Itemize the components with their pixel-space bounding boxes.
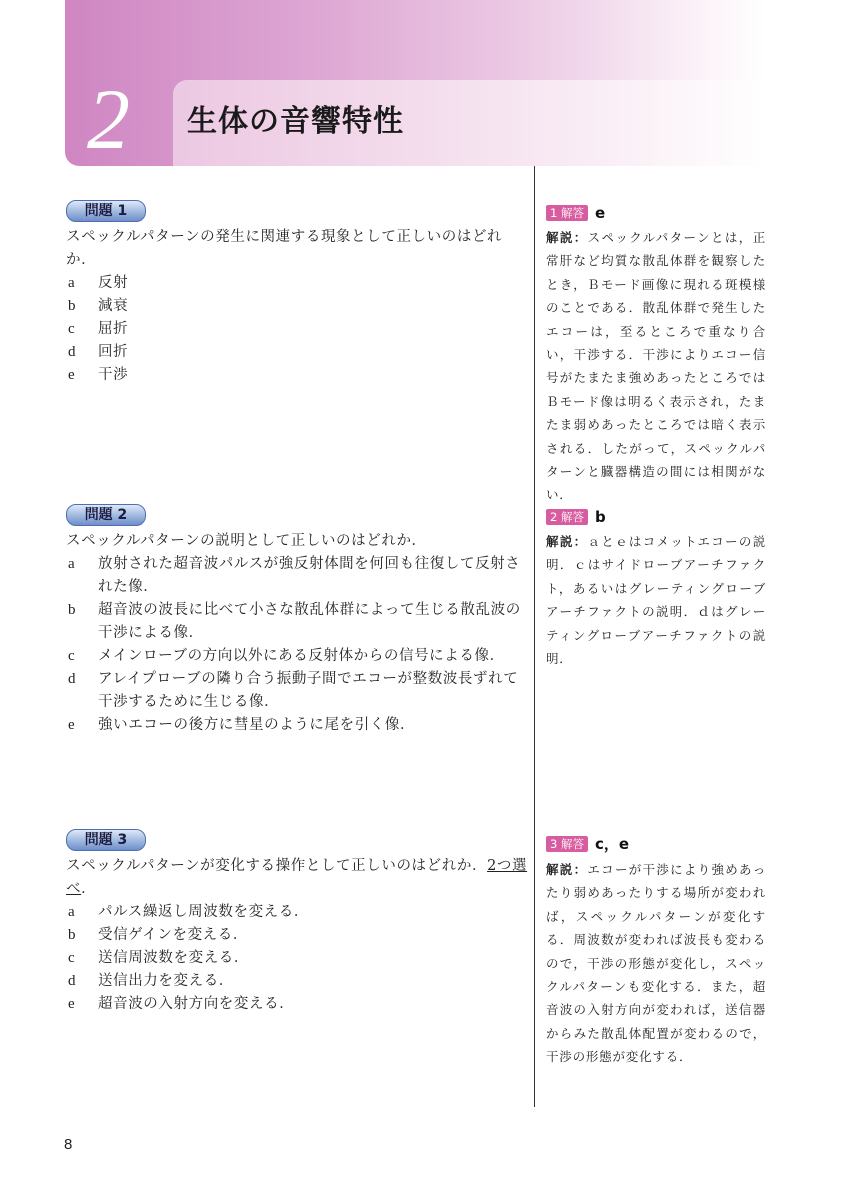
- answer-badge: 3 解答: [546, 836, 588, 852]
- column-divider: [534, 166, 535, 1107]
- answer-header: 3 解答 c，e: [546, 833, 766, 854]
- answer-header: 1 解答 e: [546, 204, 766, 222]
- choice-text: 受信ゲインを変える．: [98, 924, 528, 947]
- choice-text: 超音波の入射方向を変える．: [98, 993, 528, 1016]
- page-number: 8: [64, 1136, 72, 1153]
- choice-text: 屈折: [98, 318, 528, 341]
- chapter-title: 生体の音響特性: [187, 96, 404, 140]
- choice-c: c送信周波数を変える．: [66, 947, 528, 970]
- answer-2: 2 解答 b 解説：ａとｅはコメットエコーの説明．ｃはサイドローブアーチファクト…: [546, 508, 766, 670]
- choice-letter: e: [66, 364, 98, 387]
- choice-text: 減衰: [98, 295, 528, 318]
- choice-text: パルス繰返し周波数を変える．: [98, 901, 528, 924]
- explanation-label: 解説：: [546, 230, 588, 245]
- answer-value: b: [595, 508, 606, 526]
- answer-value: c，e: [595, 833, 629, 854]
- choice-text: 干渉: [98, 364, 528, 387]
- choice-text: 回折: [98, 341, 528, 364]
- choice-letter: c: [66, 947, 98, 970]
- choice-text: アレイプローブの隣り合う振動子間でエコーが整数波長ずれて干渉するために生じる像．: [98, 668, 528, 714]
- question-3: 問題 3 スペックルパターンが変化する操作として正しいのはどれか．2つ選べ． a…: [66, 829, 528, 1016]
- choice-text: 強いエコーの後方に彗星のように尾を引く像．: [98, 714, 528, 737]
- chapter-title-panel: 生体の音響特性: [173, 80, 765, 166]
- choice-d: d回折: [66, 341, 528, 364]
- explanation-label: 解説：: [546, 862, 587, 877]
- choice-letter: d: [66, 341, 98, 364]
- choice-letter: b: [66, 599, 98, 645]
- choice-c: c屈折: [66, 318, 528, 341]
- question-2: 問題 2 スペックルパターンの説明として正しいのはどれか． a放射された超音波パ…: [66, 504, 528, 737]
- explanation-text: エコーが干渉により強めあったり弱めあったりする場所が変われば，スペックルパターン…: [546, 862, 766, 1064]
- choice-a: aパルス繰返し周波数を変える．: [66, 901, 528, 924]
- choice-e: e強いエコーの後方に彗星のように尾を引く像．: [66, 714, 528, 737]
- choice-letter: c: [66, 645, 98, 668]
- choice-b: b減衰: [66, 295, 528, 318]
- explanation-text: ａとｅはコメットエコーの説明．ｃはサイドローブアーチファクト，あるいはグレーティ…: [546, 534, 766, 666]
- choice-text: 放射された超音波パルスが強反射体間を何回も往復して反射された像．: [98, 553, 528, 599]
- choice-b: b受信ゲインを変える．: [66, 924, 528, 947]
- question-stem: スペックルパターンの発生に関連する現象として正しいのはどれか．: [66, 226, 528, 272]
- explanation: 解説：ａとｅはコメットエコーの説明．ｃはサイドローブアーチファクト，あるいはグレ…: [546, 530, 766, 670]
- choice-a: a反射: [66, 272, 528, 295]
- choice-letter: a: [66, 901, 98, 924]
- question-stem-text: スペックルパターンが変化する操作として正しいのはどれか．: [66, 858, 487, 874]
- answer-badge: 1 解答: [546, 205, 588, 221]
- choice-b: b超音波の波長に比べて小さな散乱体群によって生じる散乱波の干渉による像．: [66, 599, 528, 645]
- question-badge: 問題 3: [66, 829, 146, 851]
- choice-letter: b: [66, 924, 98, 947]
- choice-letter: e: [66, 714, 98, 737]
- answer-1: 1 解答 e 解説：スペックルパターンとは，正常肝など均質な散乱体群を観察したと…: [546, 204, 766, 507]
- choice-e: e干渉: [66, 364, 528, 387]
- explanation: 解説：スペックルパターンとは，正常肝など均質な散乱体群を観察したとき，Ｂモード画…: [546, 226, 766, 507]
- chapter-header: 2 生体の音響特性: [65, 0, 765, 166]
- choice-text: 反射: [98, 272, 528, 295]
- choice-letter: c: [66, 318, 98, 341]
- explanation-label: 解説：: [546, 534, 587, 549]
- choice-d: dアレイプローブの隣り合う振動子間でエコーが整数波長ずれて干渉するために生じる像…: [66, 668, 528, 714]
- question-badge: 問題 2: [66, 504, 146, 526]
- question-stem: スペックルパターンが変化する操作として正しいのはどれか．2つ選べ．: [66, 855, 528, 901]
- choice-letter: a: [66, 553, 98, 599]
- choice-e: e超音波の入射方向を変える．: [66, 993, 528, 1016]
- question-stem-end: ．: [81, 881, 96, 897]
- explanation-text: スペックルパターンとは，正常肝など均質な散乱体群を観察したとき，Ｂモード画像に現…: [546, 230, 766, 502]
- choice-text: 送信周波数を変える．: [98, 947, 528, 970]
- choice-letter: d: [66, 668, 98, 714]
- answer-badge: 2 解答: [546, 509, 588, 525]
- choice-text: メインローブの方向以外にある反射体からの信号による像．: [98, 645, 528, 668]
- answer-header: 2 解答 b: [546, 508, 766, 526]
- chapter-number: 2: [87, 74, 167, 164]
- question-1: 問題 1 スペックルパターンの発生に関連する現象として正しいのはどれか． a反射…: [66, 200, 528, 387]
- question-stem: スペックルパターンの説明として正しいのはどれか．: [66, 530, 528, 553]
- choice-d: d送信出力を変える．: [66, 970, 528, 993]
- choice-letter: b: [66, 295, 98, 318]
- choice-letter: e: [66, 993, 98, 1016]
- choice-c: cメインローブの方向以外にある反射体からの信号による像．: [66, 645, 528, 668]
- choice-letter: a: [66, 272, 98, 295]
- explanation: 解説：エコーが干渉により強めあったり弱めあったりする場所が変われば，スペックルパ…: [546, 858, 766, 1069]
- choice-letter: d: [66, 970, 98, 993]
- answer-3: 3 解答 c，e 解説：エコーが干渉により強めあったり弱めあったりする場所が変わ…: [546, 833, 766, 1069]
- choice-a: a放射された超音波パルスが強反射体間を何回も往復して反射された像．: [66, 553, 528, 599]
- choice-text: 超音波の波長に比べて小さな散乱体群によって生じる散乱波の干渉による像．: [98, 599, 528, 645]
- question-badge: 問題 1: [66, 200, 146, 222]
- choice-text: 送信出力を変える．: [98, 970, 528, 993]
- answer-value: e: [595, 204, 605, 222]
